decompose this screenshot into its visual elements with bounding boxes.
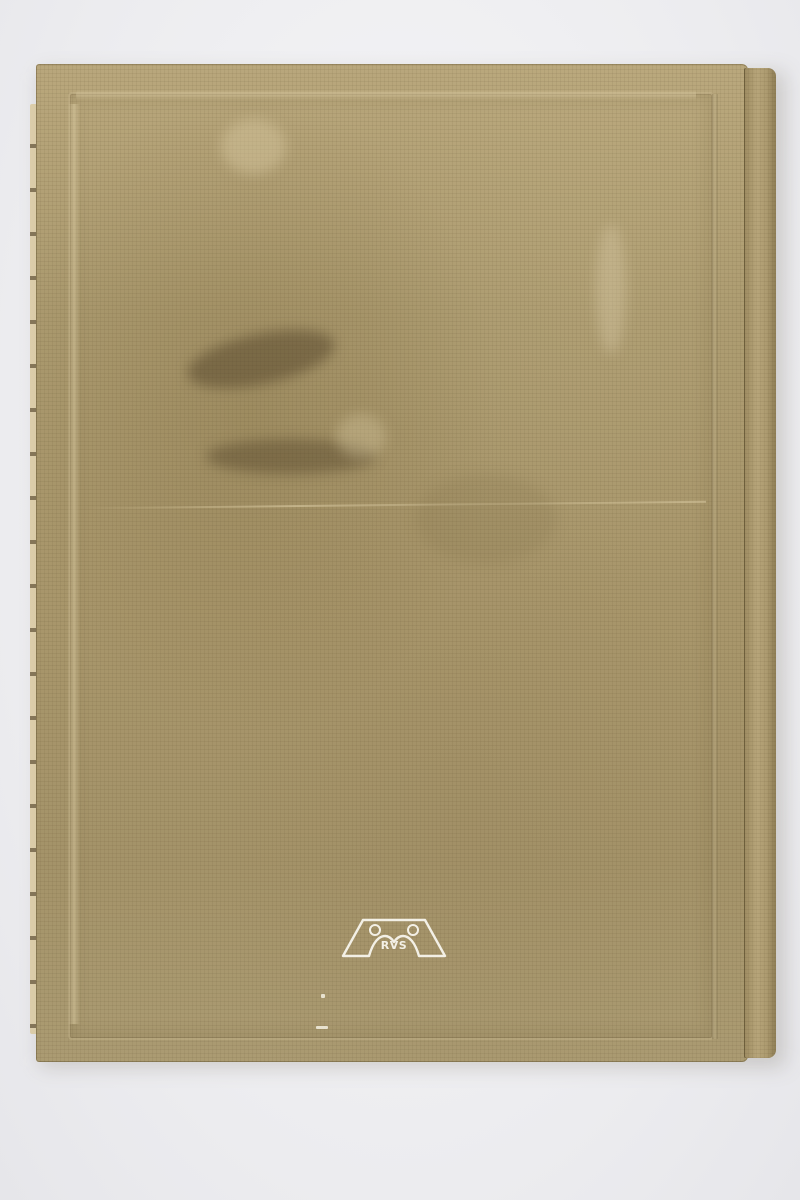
back-cover: RVS — [36, 64, 748, 1062]
stain — [336, 414, 386, 459]
stain — [596, 224, 626, 354]
stain — [416, 474, 556, 564]
logo-text: RVS — [339, 939, 449, 952]
book: RVS — [36, 64, 778, 1062]
speck — [316, 1026, 328, 1029]
stain — [221, 119, 286, 174]
publisher-logo: RVS — [339, 912, 449, 960]
book-spine — [744, 68, 776, 1058]
speck — [321, 994, 325, 998]
cloth-texture — [744, 68, 776, 1058]
edge-wear — [68, 104, 80, 1024]
spine-hinge — [712, 94, 718, 1039]
edge-wear — [76, 90, 696, 100]
photo-scene: RVS — [0, 0, 800, 1200]
publisher-logo-icon — [339, 912, 449, 960]
